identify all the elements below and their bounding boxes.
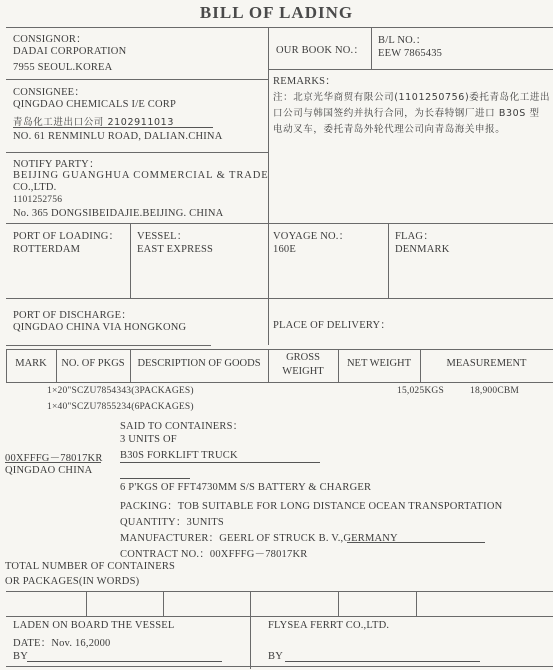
header-measurement: MEASUREMENT: [420, 358, 553, 369]
notify-address: No. 365 DONGSIBEIDAJIE.BEIJING. CHINA: [13, 208, 223, 219]
container-line: 1×20"SCZU7854343(3PACKAGES): [47, 386, 194, 396]
bl-label: B/L NO.：: [378, 32, 426, 47]
divider: [268, 69, 553, 70]
by-right-label: BY: [268, 651, 283, 662]
description-line: CONTRACT NO.：00XFFFG－78017KR: [120, 546, 307, 561]
divider: [268, 349, 269, 382]
remarks-label: REMARKS：: [273, 73, 336, 88]
underline: [120, 462, 320, 463]
description-line: 6 P'KGS OF FFT4730MM S/S BATTERY & CHARG…: [120, 482, 371, 493]
notify-name: BEIJING GUANGHUA COMMERCIAL & TRADE: [13, 170, 269, 181]
by-left-label: BY: [13, 651, 28, 662]
notify-name-cont: CO.,LTD.: [13, 182, 57, 193]
divider: [6, 345, 211, 346]
divider: [163, 591, 164, 616]
divider: [86, 591, 87, 616]
net-weight-value: 15,025KGS: [397, 386, 444, 396]
totals-label: TOTAL NUMBER OF CONTAINERS: [5, 561, 175, 572]
voyage: 160E: [273, 244, 296, 255]
divider: [6, 666, 553, 667]
description-line: 3 UNITS OF: [120, 434, 177, 445]
divider: [6, 152, 268, 153]
underline: [5, 462, 101, 463]
port-discharge: QINGDAO CHINA VIA HONGKONG: [13, 322, 186, 333]
carrier-name: FLYSEA FERRT CO.,LTD.: [268, 620, 389, 631]
divider: [130, 223, 131, 298]
divider: [250, 591, 251, 669]
totals-label: OR PACKAGES(IN WORDS): [5, 576, 139, 587]
divider: [388, 223, 389, 298]
divider: [6, 27, 553, 28]
underline: [120, 478, 190, 479]
vessel: EAST EXPRESS: [137, 244, 213, 255]
laden-date: DATE：Nov. 16,2000: [13, 635, 111, 650]
bl-number: EEW 7865435: [378, 48, 442, 59]
signature-line-right[interactable]: [285, 661, 480, 662]
consignee-address: NO. 61 RENMINLU ROAD, DALIAN.CHINA: [13, 131, 223, 142]
port-loading: ROTTERDAM: [13, 244, 80, 255]
divider: [6, 382, 553, 383]
vessel-label: VESSEL：: [137, 228, 187, 243]
header-pkgs: NO. OF PKGS: [56, 358, 130, 369]
our-book-label: OUR BOOK NO.：: [276, 42, 364, 57]
voyage-label: VOYAGE NO.：: [273, 228, 349, 243]
description-line: QUANTITY：3UNITS: [120, 514, 224, 529]
divider: [6, 591, 553, 592]
remarks-line: 口公司与韩国签约并执行合同，为长春特钢厂进口 B30S 型: [273, 105, 540, 119]
divider: [416, 591, 417, 616]
underline: [347, 542, 485, 543]
flag: DENMARK: [395, 244, 450, 255]
description-line: PACKING：TOB SUITABLE FOR LONG DISTANCE O…: [120, 498, 502, 513]
description-line: SAID TO CONTAINERS：: [120, 418, 243, 433]
consignor-name: DADAI CORPORATION: [13, 46, 126, 57]
port-discharge-label: PORT OF DISCHARGE：: [13, 307, 132, 322]
laden-label: LADEN ON BOARD THE VESSEL: [13, 620, 175, 631]
header-description: DESCRIPTION OF GOODS: [130, 358, 268, 369]
divider: [338, 591, 339, 616]
notify-label: NOTIFY PARTY：: [13, 156, 100, 171]
consignee-name: QINGDAO CHEMICALS I/E CORP: [13, 99, 176, 110]
remarks-line: 电动叉车，委托青岛外轮代理公司向青岛海关申报。: [273, 121, 505, 135]
divider: [6, 298, 553, 299]
description-line: B30S FORKLIFT TRUCK: [120, 450, 238, 461]
header-gross-weight: GROSS WEIGHT: [275, 351, 331, 379]
mark-line: QINGDAO CHINA: [5, 465, 92, 476]
divider: [6, 349, 553, 350]
consignor-address: 7955 SEOUL.KOREA: [13, 62, 112, 73]
divider: [6, 79, 268, 80]
consignor-label: CONSIGNOR：: [13, 31, 87, 46]
port-loading-label: PORT OF LOADING：: [13, 228, 119, 243]
divider: [371, 27, 372, 69]
signature-line-left[interactable]: [27, 661, 222, 662]
document-title: BILL OF LADING: [0, 3, 553, 23]
consignee-name-cn: 青岛化工进出口公司 2102911013: [13, 114, 174, 128]
divider: [6, 616, 553, 617]
remarks-line: 注：北京光华商贸有限公司(1101250756)委托青岛化工进出: [273, 89, 550, 103]
underline: [13, 127, 213, 128]
consignee-label: CONSIGNEE：: [13, 84, 85, 99]
notify-code: 1101252756: [13, 195, 62, 205]
header-mark: MARK: [6, 358, 56, 369]
container-line: 1×40"SCZU7855234(6PACKAGES): [47, 402, 194, 412]
header-net-weight: NET WEIGHT: [338, 358, 420, 369]
flag-label: FLAG：: [395, 228, 434, 243]
measurement-value: 18,900CBM: [470, 386, 519, 396]
place-delivery-label: PLACE OF DELIVERY：: [273, 317, 391, 332]
divider: [6, 223, 553, 224]
